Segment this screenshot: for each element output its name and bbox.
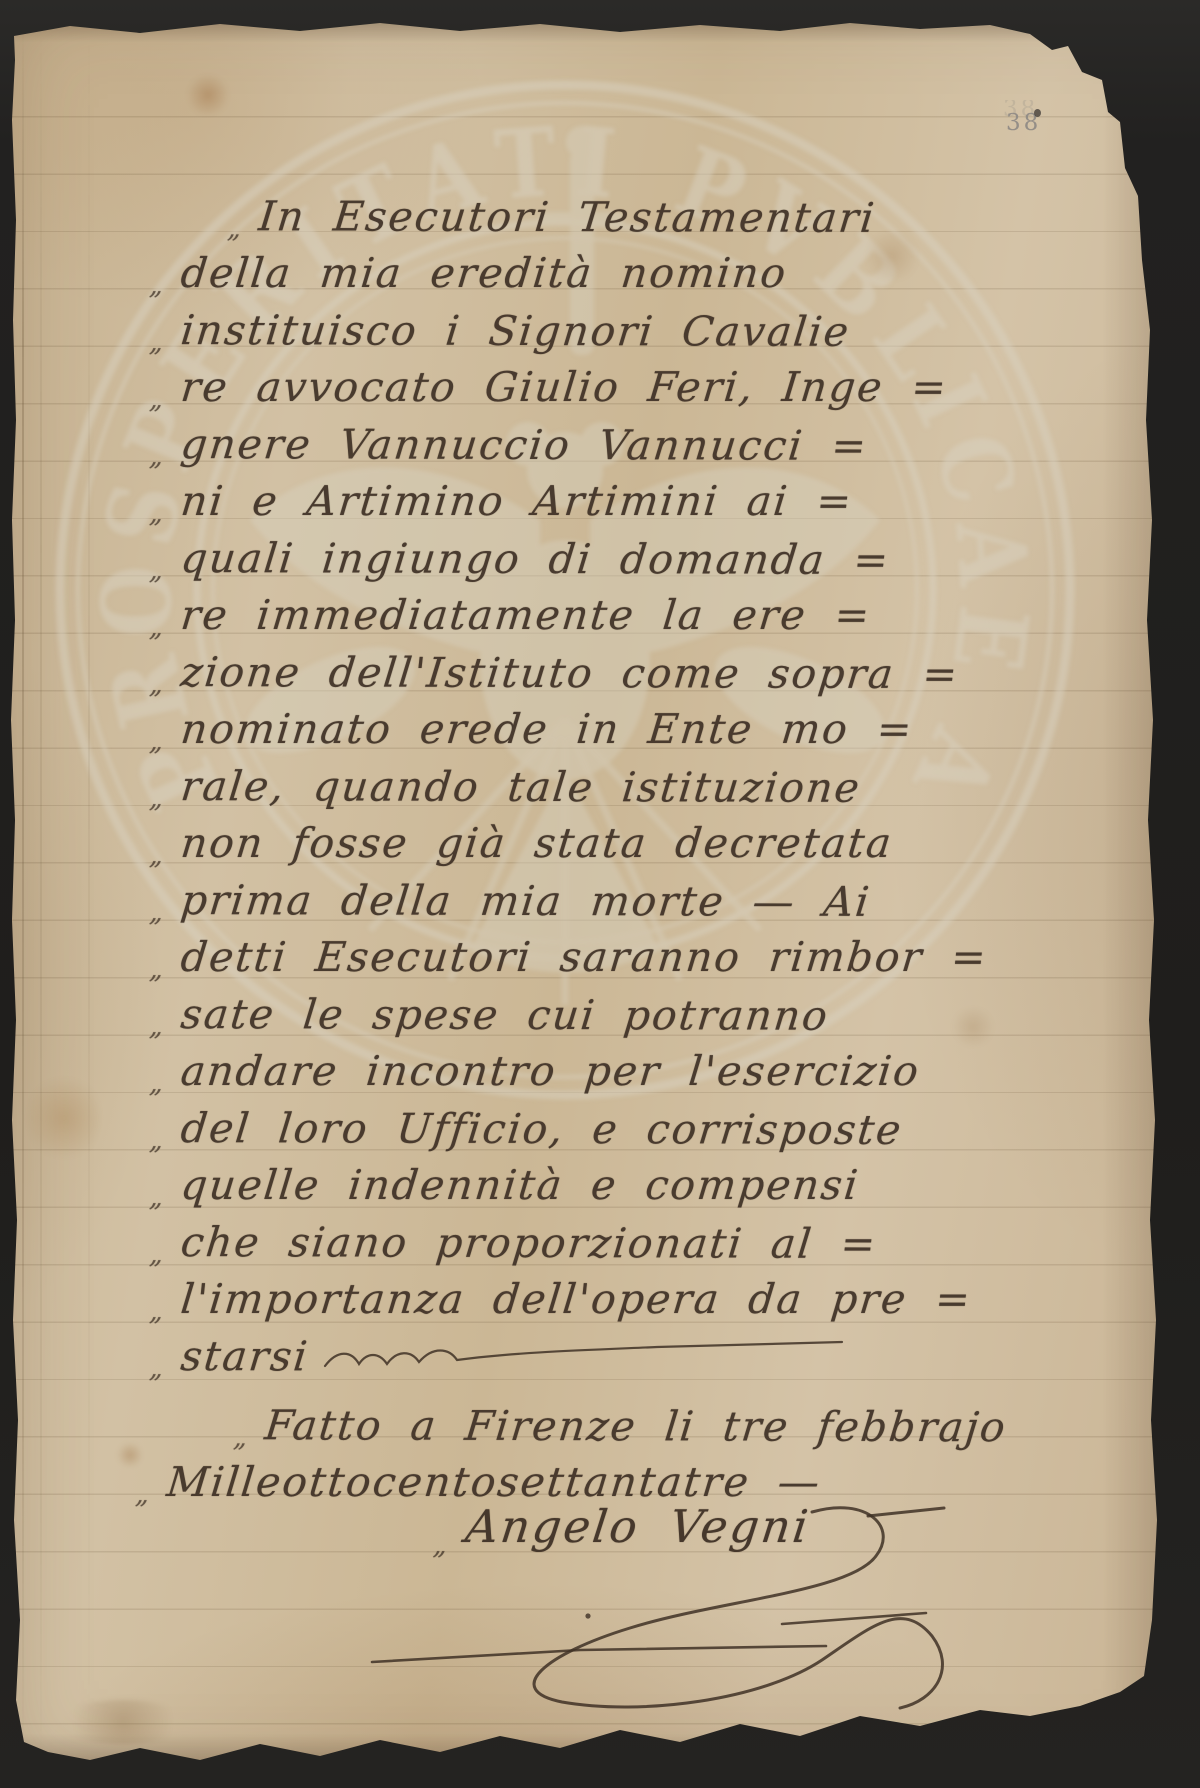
line-text: del loro Ufficio, e corrisposte (179, 1104, 906, 1154)
manuscript-line: „quelle indennità e compensi (148, 1157, 1114, 1214)
line-text: non fosse già stata decretata (179, 819, 896, 867)
line-text: rale, quando tale istituzione (179, 762, 864, 812)
manuscript-body-text: „In Esecutori Testamentari„della mia ere… (148, 188, 1108, 1385)
manuscript-line: „della mia eredità nomino (148, 245, 1114, 302)
manuscript-line: „del loro Ufficio, e corrisposte (148, 1100, 1114, 1160)
manuscript-line: „prima della mia morte — Ai (148, 872, 1114, 932)
manuscript-line: „sate le spese cui potranno (148, 986, 1114, 1046)
margin-rule (88, 30, 90, 1752)
manuscript-line: „detti Esecutori saranno rimbor = (148, 929, 1114, 986)
line-text: sate le spese cui potranno (179, 990, 832, 1040)
line-text: della mia eredità nomino (179, 249, 790, 297)
fold-crease (40, 30, 42, 1752)
line-start-mark: „ (147, 1341, 183, 1398)
scan-background: PROSPERITATI PVBLICAE AVGENDAE (0, 0, 1200, 1788)
line-text: gnere Vannuccio Vannucci = (179, 420, 871, 470)
manuscript-line: „ni e Artimino Artimini ai = (148, 473, 1114, 530)
line-text: re avvocato Giulio Feri, Inge = (179, 363, 951, 411)
page-edge-shadow (1102, 0, 1172, 1788)
manuscript-line: „In Esecutori Testamentari (148, 188, 1114, 248)
manuscript-line: „quali ingiungo di domanda = (148, 530, 1114, 590)
line-text: quali ingiungo di domanda = (179, 534, 893, 584)
line-text: instituisco i Signori Cavalie (179, 306, 853, 356)
line-text: Fatto a Firenze li tre febbrajo (263, 1401, 1010, 1451)
signature-angelo-vegni: „Angelo Vegni (433, 1498, 814, 1555)
line-text: l'importanza dell'opera da pre = (179, 1275, 975, 1323)
manuscript-line: „instituisco i Signori Cavalie (148, 302, 1114, 362)
manuscript-line: „re immediatamente la ere = (148, 587, 1114, 644)
manuscript-line: „gnere Vannuccio Vannucci = (148, 416, 1114, 476)
manuscript-page: PROSPERITATI PVBLICAE AVGENDAE (0, 0, 1200, 1788)
line-text: andare incontro per l'esercizio (179, 1047, 923, 1095)
stain (185, 75, 231, 115)
manuscript-line: „rale, quando tale istituzione (148, 758, 1114, 818)
fold-crease (22, 30, 24, 1752)
signature-text: Angelo Vegni (463, 1500, 813, 1553)
folio-number: 38 (1006, 110, 1041, 136)
line-text: detti Esecutori saranno rimbor = (179, 933, 991, 981)
line-text: starsi (179, 1332, 312, 1380)
manuscript-line: „l'importanza dell'opera da pre = (148, 1271, 1114, 1328)
manuscript-line: „che siano proporzionati al = (148, 1214, 1114, 1274)
line-text: che siano proporzionati al = (179, 1218, 880, 1268)
page-edge-shadow (0, 20, 1200, 42)
line-start-mark: „ (133, 1467, 169, 1524)
line-text: ni e Artimino Artimini ai = (179, 477, 856, 525)
page-edge-shadow (0, 1734, 1200, 1764)
line-text: prima della mia morte — Ai (179, 876, 874, 926)
manuscript-line: „re avvocato Giulio Feri, Inge = (148, 359, 1114, 416)
manuscript-line: „zione dell'Istituto come sopra = (148, 644, 1114, 704)
manuscript-line: „nominato erede in Ente mo = (148, 701, 1114, 758)
manuscript-line: „starsi (148, 1328, 1114, 1388)
line-text: zione dell'Istituto come sopra = (179, 648, 962, 698)
line-text: quelle indennità e compensi (179, 1161, 862, 1209)
line-text: In Esecutori Testamentari (257, 192, 879, 242)
manuscript-closing-text: „Fatto a Firenze li tre febbrajo„Milleot… (148, 1397, 1108, 1511)
manuscript-line: „andare incontro per l'esercizio (148, 1043, 1114, 1100)
manuscript-line: „non fosse già stata decretata (148, 815, 1114, 872)
manuscript-line: „Fatto a Firenze li tre febbrajo (148, 1397, 1114, 1457)
line-text: nominato erede in Ente mo = (179, 705, 916, 753)
line-text: re immediatamente la ere = (179, 591, 874, 639)
